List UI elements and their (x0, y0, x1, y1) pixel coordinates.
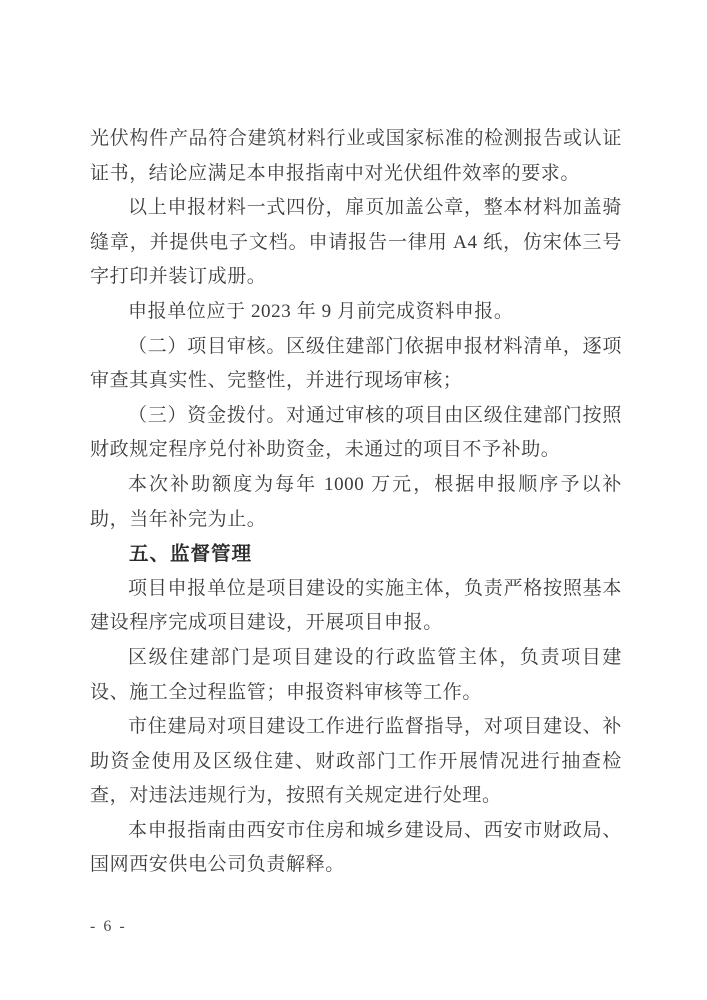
section-heading: 五、监督管理 (90, 537, 622, 572)
body-paragraph: 区级住建部门是项目建设的行政监管主体，负责项目建设、施工全过程监管；申报资料审核… (90, 641, 622, 710)
document-page: 光伏构件产品符合建筑材料行业或国家标准的检测报告或认证证书，结论应满足本申报指南… (0, 0, 707, 1000)
body-paragraph: 本次补助额度为每年 1000 万元，根据申报顺序予以补助，当年补完为止。 (90, 468, 622, 537)
body-paragraph: （三）资金拨付。对通过审核的项目由区级住建部门按照财政规定程序兑付补助资金，未通… (90, 399, 622, 468)
body-paragraph: 以上申报材料一式四份，扉页加盖公章，整本材料加盖骑缝章，并提供电子文档。申请报告… (90, 191, 622, 295)
body-paragraph: （二）项目审核。区级住建部门依据申报材料清单，逐项审查其真实性、完整性，并进行现… (90, 330, 622, 399)
document-body: 光伏构件产品符合建筑材料行业或国家标准的检测报告或认证证书，结论应满足本申报指南… (90, 122, 622, 883)
body-paragraph: 申报单位应于 2023 年 9 月前完成资料申报。 (90, 295, 622, 330)
body-paragraph: 市住建局对项目建设工作进行监督指导，对项目建设、补助资金使用及区级住建、财政部门… (90, 710, 622, 814)
body-paragraph: 光伏构件产品符合建筑材料行业或国家标准的检测报告或认证证书，结论应满足本申报指南… (90, 122, 622, 191)
body-paragraph: 本申报指南由西安市住房和城乡建设局、西安市财政局、国网西安供电公司负责解释。 (90, 814, 622, 883)
body-paragraph: 项目申报单位是项目建设的实施主体，负责严格按照基本建设程序完成项目建设，开展项目… (90, 572, 622, 641)
page-number: - 6 - (90, 918, 127, 936)
